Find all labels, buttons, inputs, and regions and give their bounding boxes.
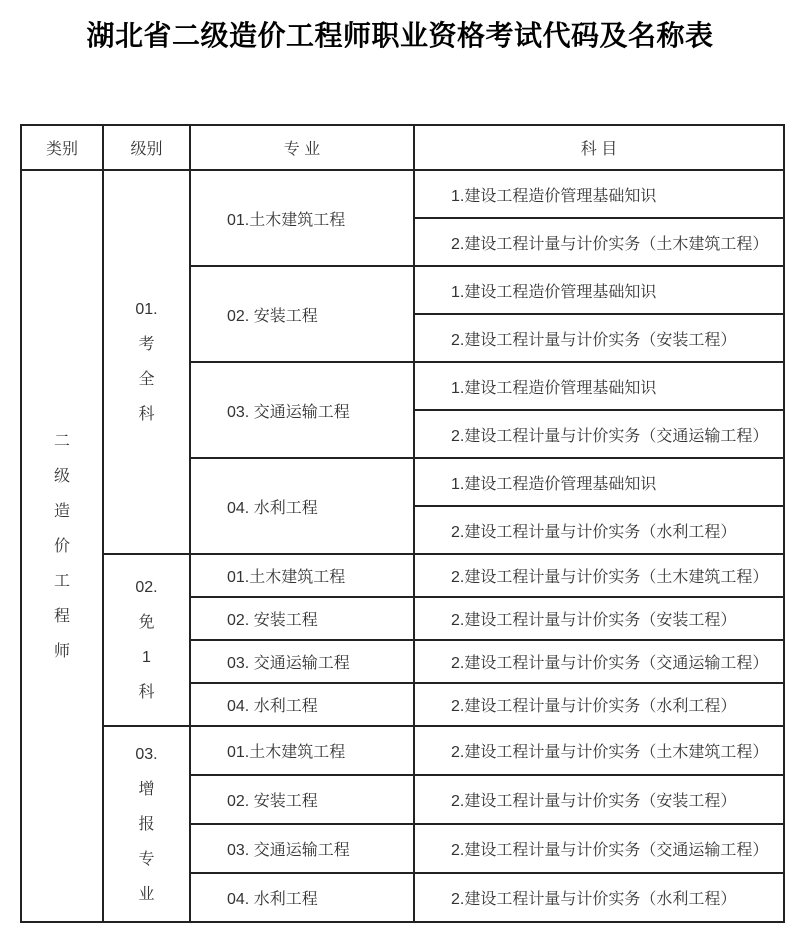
subject-cell: 1.建设工程造价管理基础知识: [414, 266, 784, 314]
table-row: 02. 免 1 科 01.土木建筑工程 2.建设工程计量与计价实务（土木建筑工程…: [21, 554, 784, 597]
level-line: 业: [104, 877, 189, 912]
major-cell: 04. 水利工程: [190, 458, 414, 554]
level-line: 报: [104, 807, 189, 842]
level-line: 科: [104, 397, 189, 432]
category-char: 造: [22, 494, 102, 529]
subject-cell: 2.建设工程计量与计价实务（水利工程）: [414, 873, 784, 922]
subject-cell: 2.建设工程计量与计价实务（土木建筑工程）: [414, 218, 784, 266]
level-cell-all-subjects: 01. 考 全 科: [103, 170, 190, 554]
table-header-row: 类别 级别 专 业 科 目: [21, 125, 784, 170]
exam-codes-table: 类别 级别 专 业 科 目 二 级 造 价 工 程 师 01. 考 全 科 01…: [20, 124, 785, 923]
major-cell: 01.土木建筑工程: [190, 726, 414, 775]
major-cell: 04. 水利工程: [190, 873, 414, 922]
major-cell: 04. 水利工程: [190, 683, 414, 726]
subject-cell: 2.建设工程计量与计价实务（安装工程）: [414, 314, 784, 362]
category-char: 价: [22, 529, 102, 564]
table-row: 03. 增 报 专 业 01.土木建筑工程 2.建设工程计量与计价实务（土木建筑…: [21, 726, 784, 775]
category-char: 级: [22, 459, 102, 494]
level-line: 科: [104, 675, 189, 710]
subject-cell: 2.建设工程计量与计价实务（交通运输工程）: [414, 410, 784, 458]
major-cell: 03. 交通运输工程: [190, 362, 414, 458]
major-cell: 03. 交通运输工程: [190, 824, 414, 873]
level-line: 1: [104, 640, 189, 675]
subject-cell: 2.建设工程计量与计价实务（土木建筑工程）: [414, 726, 784, 775]
subject-cell: 2.建设工程计量与计价实务（土木建筑工程）: [414, 554, 784, 597]
subject-cell: 1.建设工程造价管理基础知识: [414, 362, 784, 410]
level-line: 专: [104, 842, 189, 877]
subject-cell: 2.建设工程计量与计价实务（交通运输工程）: [414, 640, 784, 683]
header-level: 级别: [103, 125, 190, 170]
subject-cell: 2.建设工程计量与计价实务（安装工程）: [414, 597, 784, 640]
subject-cell: 2.建设工程计量与计价实务（交通运输工程）: [414, 824, 784, 873]
subject-cell: 2.建设工程计量与计价实务（水利工程）: [414, 506, 784, 554]
level-line: 考: [104, 327, 189, 362]
page-title: 湖北省二级造价工程师职业资格考试代码及名称表: [0, 14, 800, 54]
category-cell: 二 级 造 价 工 程 师: [21, 170, 103, 922]
level-cell-exempt-one: 02. 免 1 科: [103, 554, 190, 726]
major-cell: 02. 安装工程: [190, 597, 414, 640]
subject-cell: 1.建设工程造价管理基础知识: [414, 170, 784, 218]
header-subject: 科 目: [414, 125, 784, 170]
level-line: 免: [104, 605, 189, 640]
level-line: 增: [104, 772, 189, 807]
category-char: 程: [22, 599, 102, 634]
level-line: 02.: [104, 570, 189, 605]
major-cell: 02. 安装工程: [190, 266, 414, 362]
table-row: 二 级 造 价 工 程 师 01. 考 全 科 01.土木建筑工程 1.建设工程…: [21, 170, 784, 218]
header-major: 专 业: [190, 125, 414, 170]
major-cell: 01.土木建筑工程: [190, 554, 414, 597]
major-cell: 02. 安装工程: [190, 775, 414, 824]
category-char: 工: [22, 564, 102, 599]
level-line: 全: [104, 362, 189, 397]
category-char: 师: [22, 634, 102, 669]
major-cell: 03. 交通运输工程: [190, 640, 414, 683]
subject-cell: 2.建设工程计量与计价实务（水利工程）: [414, 683, 784, 726]
major-cell: 01.土木建筑工程: [190, 170, 414, 266]
header-category: 类别: [21, 125, 103, 170]
level-cell-additional-major: 03. 增 报 专 业: [103, 726, 190, 922]
category-char: 二: [22, 424, 102, 459]
subject-cell: 2.建设工程计量与计价实务（安装工程）: [414, 775, 784, 824]
subject-cell: 1.建设工程造价管理基础知识: [414, 458, 784, 506]
level-line: 01.: [104, 292, 189, 327]
level-line: 03.: [104, 737, 189, 772]
